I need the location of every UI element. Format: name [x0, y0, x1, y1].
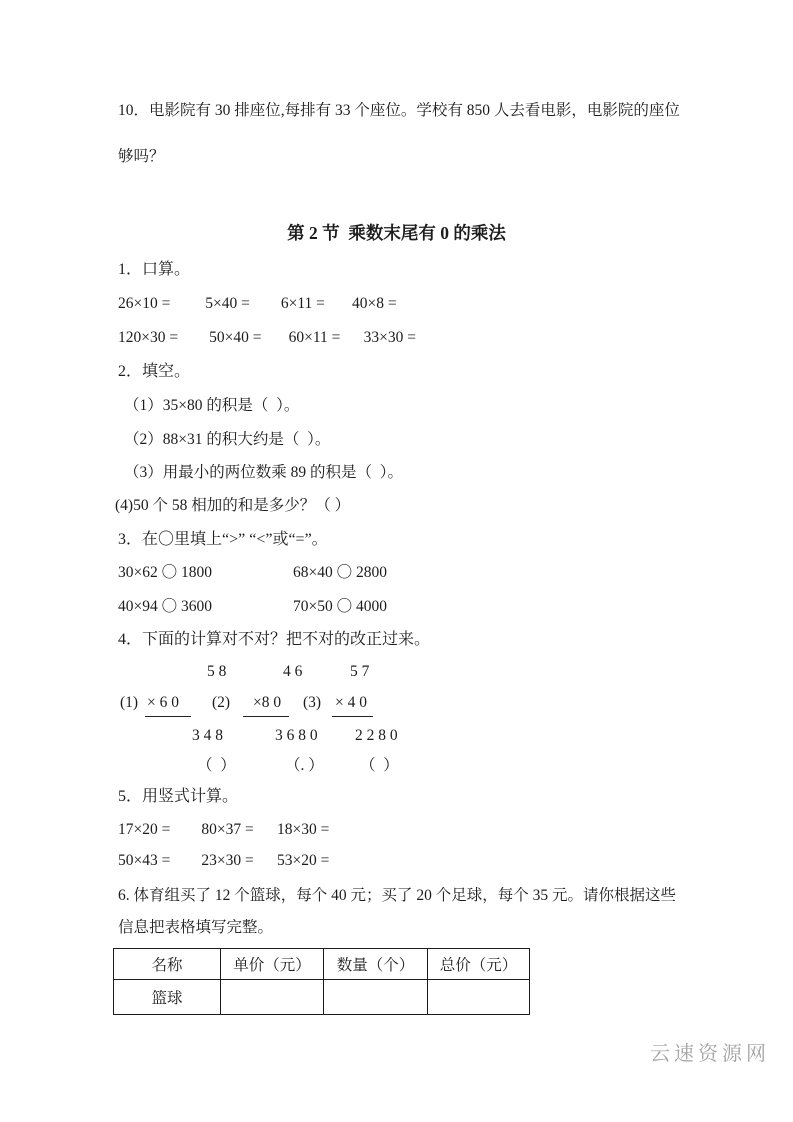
q2-item4: (4)50 个 58 相加的和是多少？（ ） [115, 495, 350, 517]
problem-10-line2: 够吗？ [118, 146, 165, 168]
q6-table: 名称 单价（元） 数量（个） 总价（元） 篮球 [113, 948, 530, 1015]
q1-row2: 120×30 = 50×40 = 60×11 = 33×30 = [118, 327, 416, 349]
q4-multiplier-1: × 6 0 [145, 692, 191, 717]
q6-col-name: 名称 [114, 949, 221, 980]
q3-compare-3: 40×94 〇 3600 [118, 596, 212, 618]
q6-line2: 信息把表格填写完整。 [118, 917, 273, 939]
q3-compare-1: 30×62 〇 1800 [118, 562, 212, 584]
q2-item1: （1）35×80 的积是（ ）。 [124, 395, 299, 417]
q4-product-1: 3 4 8 [192, 725, 223, 747]
q6-line1: 6. 体育组买了 12 个篮球，每个 40 元；买了 20 个足球，每个 35 … [118, 885, 676, 907]
q5-row1: 17×20 = 80×37 = 18×30 = [118, 819, 329, 841]
q3-compare-4: 70×50 〇 4000 [293, 596, 387, 618]
q6-cell-quantity-blank [324, 980, 428, 1015]
q4-multiplicand-2: 4 6 [283, 661, 302, 683]
q6-cell-unit-price-blank [221, 980, 324, 1015]
section-title: 第 2 节 乘数末尾有 0 的乘法 [0, 222, 793, 244]
q4-product-2: 3 6 8 0 [275, 725, 318, 747]
q6-table-header-row: 名称 单价（元） 数量（个） 总价（元） [114, 949, 530, 980]
q4-check-2: （. ） [285, 755, 324, 777]
q6-cell-total-price-blank [428, 980, 530, 1015]
q6-table-data-row: 篮球 [114, 980, 530, 1015]
q4-item-number-3: (3) [303, 692, 321, 714]
q6-cell-basketball: 篮球 [114, 980, 221, 1015]
site-watermark: 云速资源网 [650, 1037, 770, 1066]
q4-label: 4．下面的计算对不对？把不对的改正过来。 [118, 629, 430, 651]
q2-item2: （2）88×31 的积大约是（ ）。 [124, 429, 330, 451]
q6-col-total-price: 总价（元） [428, 949, 530, 980]
q2-label: 2．填空。 [118, 361, 190, 383]
q5-row2: 50×43 = 23×30 = 53×20 = [118, 850, 329, 872]
q4-multiplicand-3: 5 7 [350, 661, 369, 683]
worksheet-page: 10．电影院有 30 排座位,每排有 33 个座位。学校有 850 人去看电影，… [0, 0, 793, 1122]
problem-10-line1: 10．电影院有 30 排座位,每排有 33 个座位。学校有 850 人去看电影，… [118, 100, 680, 122]
q3-compare-2: 68×40 〇 2800 [293, 562, 387, 584]
q4-product-3: 2 2 8 0 [355, 725, 398, 747]
q5-label: 5．用竖式计算。 [118, 786, 238, 808]
q4-multiplier-2: ×8 0 [243, 692, 289, 717]
q2-item3: （3）用最小的两位数乘 89 的积是（ ）。 [124, 462, 403, 484]
q6-col-unit-price: 单价（元） [221, 949, 324, 980]
q4-item-number-2: (2) [212, 692, 230, 714]
q4-item-number-1: (1) [120, 692, 138, 714]
q4-multiplier-3: × 4 0 [332, 692, 373, 717]
q3-label: 3．在〇里填上“>” “<”或“=”。 [118, 529, 328, 551]
q4-check-1: （ ） [197, 755, 236, 777]
q1-label: 1．口算。 [118, 259, 190, 281]
q4-multiplicand-1: 5 8 [207, 661, 226, 683]
q1-row1: 26×10 = 5×40 = 6×11 = 40×8 = [118, 293, 397, 315]
q6-col-quantity: 数量（个） [324, 949, 428, 980]
q4-check-3: （ ） [360, 755, 399, 777]
